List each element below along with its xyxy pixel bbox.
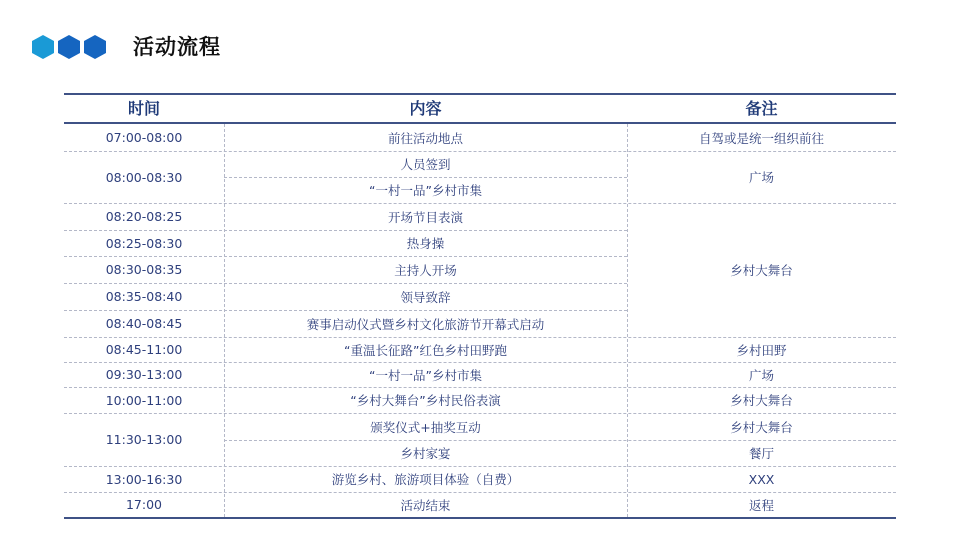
cell-content: 人员签到 [224, 151, 627, 177]
cell-content: 乡村家宴 [224, 440, 627, 466]
cell-content: 主持人开场 [224, 256, 627, 283]
cell-note: 乡村大舞台 [627, 387, 896, 413]
cell-time: 17:00 [64, 492, 224, 517]
cell-content: “一村一品”乡村市集 [224, 177, 627, 203]
header-content: 内容 [224, 95, 627, 122]
cell-note: 餐厅 [627, 440, 896, 466]
cell-time: 08:00-08:30 [64, 151, 224, 203]
cell-note: 返程 [627, 492, 896, 517]
cell-content: 领导致辞 [224, 283, 627, 310]
cell-time: 08:45-11:00 [64, 337, 224, 362]
cell-time: 11:30-13:00 [64, 413, 224, 466]
cell-content: 游览乡村、旅游项目体验（自费） [224, 466, 627, 492]
cell-content: 前往活动地点 [224, 124, 627, 151]
slide-title: 活动流程 [133, 32, 221, 62]
cell-time: 08:30-08:35 [64, 256, 224, 283]
cell-note: 广场 [627, 151, 896, 203]
cell-time: 08:35-08:40 [64, 283, 224, 310]
cell-content: 热身操 [224, 230, 627, 256]
cell-time: 07:00-08:00 [64, 124, 224, 151]
cell-note: 乡村大舞台 [627, 413, 896, 440]
header-notes: 备注 [627, 95, 896, 122]
cell-time: 13:00-16:30 [64, 466, 224, 492]
cell-content: 活动结束 [224, 492, 627, 517]
cell-note: 乡村田野 [627, 337, 896, 362]
cell-time: 08:25-08:30 [64, 230, 224, 256]
cell-note: 自驾或是统一组织前往 [627, 124, 896, 151]
table-bottom-rule [64, 517, 896, 519]
cell-time: 10:00-11:00 [64, 387, 224, 413]
cell-time: 08:40-08:45 [64, 310, 224, 337]
cell-time: 09:30-13:00 [64, 362, 224, 387]
cell-note: 广场 [627, 362, 896, 387]
header-time: 时间 [64, 95, 224, 122]
cell-time: 08:20-08:25 [64, 203, 224, 230]
decor-hexagon-2 [58, 35, 80, 59]
cell-note: XXX [627, 466, 896, 492]
decor-hexagon-3 [84, 35, 106, 59]
cell-content: “乡村大舞台”乡村民俗表演 [224, 387, 627, 413]
cell-content: 赛事启动仪式暨乡村文化旅游节开幕式启动 [224, 310, 627, 337]
decor-hexagon-1 [32, 35, 54, 59]
cell-content: “一村一品”乡村市集 [224, 362, 627, 387]
cell-content: “重温长征路”红色乡村田野跑 [224, 337, 627, 362]
cell-content: 开场节目表演 [224, 203, 627, 230]
cell-content: 颁奖仪式+抽奖互动 [224, 413, 627, 440]
cell-note-merged: 乡村大舞台 [627, 203, 896, 337]
